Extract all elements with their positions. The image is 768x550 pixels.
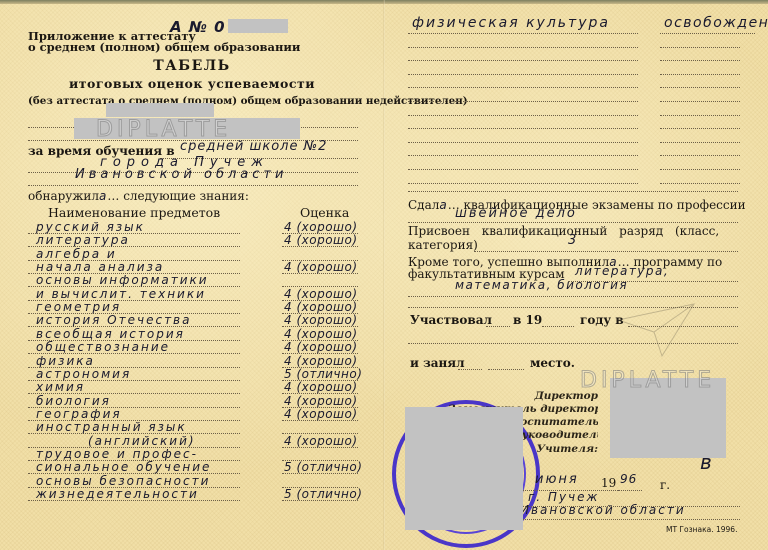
subject-grade: 4 (хорошо) [284, 287, 358, 301]
blank-grade-line [660, 101, 740, 102]
date-year-suffix: г. [660, 478, 670, 492]
subject-grade: 5 (отлично) [284, 367, 362, 381]
subject-name: алгебра и [36, 247, 117, 261]
validity-note: (без аттестата о среднем (полном) общем … [28, 95, 468, 107]
blank-subject-line [408, 115, 638, 116]
blank-subject-line [408, 183, 638, 184]
place-blank-2 [488, 369, 524, 370]
subject-name: история Отечества [36, 313, 191, 327]
blank-grade-line [660, 183, 740, 184]
issue-city: г. Пучеж [528, 490, 599, 504]
participated-label: Участвовал [410, 313, 492, 327]
rank-label-line2: категория) [408, 238, 478, 252]
subject-name: геометрия [36, 300, 121, 314]
blank-grade-line [660, 128, 740, 129]
subject-name: русский язык [36, 220, 145, 234]
exam-label-prefix: Сдал [408, 198, 439, 212]
participated-in: в 19 [513, 313, 542, 327]
electives-value-1: литература, [575, 264, 669, 278]
subject-grade: 4 (хорошо) [284, 380, 358, 394]
subject-name: астрономия [36, 367, 131, 381]
redacted-name-1 [106, 103, 214, 117]
blank-subject-line [408, 169, 638, 170]
knowledge-label-suffix: следующие знания: [123, 189, 249, 203]
document-title: ТАБЕЛЬ [0, 58, 384, 74]
subject-name: основы информатики [36, 273, 209, 287]
profession-line [408, 222, 738, 223]
subject-name: основы безопасности [36, 474, 210, 488]
blank-grade-line [660, 115, 740, 116]
redacted-stamp-center [405, 407, 523, 530]
paper-plane-emblem-icon [616, 300, 696, 360]
elective-line-2 [408, 296, 738, 297]
blank-subject-line [408, 47, 638, 48]
subject-grade: 4 (хорошо) [284, 260, 358, 274]
blank-grade-line [660, 60, 740, 61]
date-month: июня [535, 472, 579, 487]
subject-name: биология [36, 394, 111, 408]
blank-subject-line [408, 101, 638, 102]
document-page: Приложение к аттестату А № 0 о среднем (… [0, 0, 768, 550]
blank-subject-line [408, 155, 638, 156]
subject-name: трудовое и профес- [36, 447, 198, 461]
blank-subject-line [408, 74, 638, 75]
pe-grade-line [660, 33, 755, 34]
blank-subject-line [408, 142, 638, 143]
subject-grade: 4 (хорошо) [284, 220, 358, 234]
subject-grade: 5 (отлично) [284, 460, 362, 474]
subject-grade: 4 (хорошо) [284, 233, 358, 247]
participated-blank-1 [486, 326, 510, 327]
subject-name: сиональное обучение [36, 460, 211, 474]
exam-gender-suffix: а [439, 198, 447, 212]
participated-blank-2 [542, 326, 574, 327]
pe-subject-line [408, 33, 638, 34]
watermark-right: DIPLATTE [580, 368, 715, 393]
rank-label-line1: Присвоен квалификационный разряд (класс, [408, 224, 719, 238]
column-header-grade: Оценка [300, 205, 349, 220]
document-subtitle: итоговых оценок успеваемости [0, 76, 384, 91]
school-value-1: средней школе №2 [180, 139, 327, 154]
subject-name: литература [36, 233, 130, 247]
pe-subject: физическая культура [412, 15, 610, 31]
subject-name: всеобщая история [36, 327, 185, 341]
subject-grade: 4 (хорошо) [284, 313, 358, 327]
date-year-value: 96 [620, 472, 637, 486]
blank-subject-line [408, 60, 638, 61]
place-blank-1 [458, 369, 482, 370]
blank-subject-line [408, 128, 638, 129]
subject-name: обществознание [36, 340, 170, 354]
attestat-number: А № 0 [170, 18, 226, 36]
subject-name: география [36, 407, 122, 421]
date-year-prefix: 19 [601, 476, 616, 490]
subject-name: жизнедеятельности [36, 487, 199, 501]
blank-grade-line [660, 169, 740, 170]
subject-grade: 4 (хорошо) [284, 327, 358, 341]
region-line [520, 519, 740, 520]
subject-grade: 4 (хорошо) [284, 354, 358, 368]
subject-grade: 4 (хорошо) [284, 340, 358, 354]
issue-region: Ивановской области [520, 503, 686, 517]
subject-grade: 4 (хорошо) [284, 434, 358, 448]
profession-value: швейное дело [455, 206, 577, 221]
subject-name: иностранный язык [36, 420, 187, 434]
knowledge-label: обнаружила… следующие знания: [28, 187, 249, 205]
place-label: и занял [410, 356, 465, 370]
blank-grade-line [660, 142, 740, 143]
blank-subject-line [408, 87, 638, 88]
subject-name: и вычислит. техники [36, 287, 206, 301]
signatory-teachers: Учителя: [537, 443, 598, 455]
pe-grade: освобождена [664, 15, 768, 31]
column-header-subject: Наименование предметов [48, 205, 220, 220]
knowledge-label-prefix: обнаружил [28, 189, 99, 203]
separator-line [408, 191, 738, 192]
subject-grade: 4 (хорошо) [284, 407, 358, 421]
subject-name: физика [36, 354, 95, 368]
subject-name: химия [36, 380, 85, 394]
rank-line [474, 251, 738, 252]
subject-grade: 5 (отлично) [284, 487, 362, 501]
blank-grade-line [660, 87, 740, 88]
electives-value-2: математика, биология [455, 278, 628, 292]
subject-grade: 4 (хорошо) [284, 300, 358, 314]
place-label-suffix: место. [530, 356, 575, 370]
school-value-3: Ивановской области [75, 167, 287, 182]
blank-grade-line [660, 74, 740, 75]
school-line-3 [28, 185, 358, 186]
subject-name: начала анализа [36, 260, 164, 274]
date-year-line [618, 490, 642, 491]
blank-grade-line [660, 47, 740, 48]
redacted-attestat-number [228, 19, 288, 33]
rank-value: 3 [568, 233, 577, 248]
subject-grade: 4 (хорошо) [284, 394, 358, 408]
subject-name: (английский) [88, 434, 196, 448]
blank-grade-line [660, 155, 740, 156]
header-education-label: о среднем (полном) общем образовании [28, 40, 300, 54]
printer-mark: МТ Гознака. 1996. [666, 525, 737, 534]
